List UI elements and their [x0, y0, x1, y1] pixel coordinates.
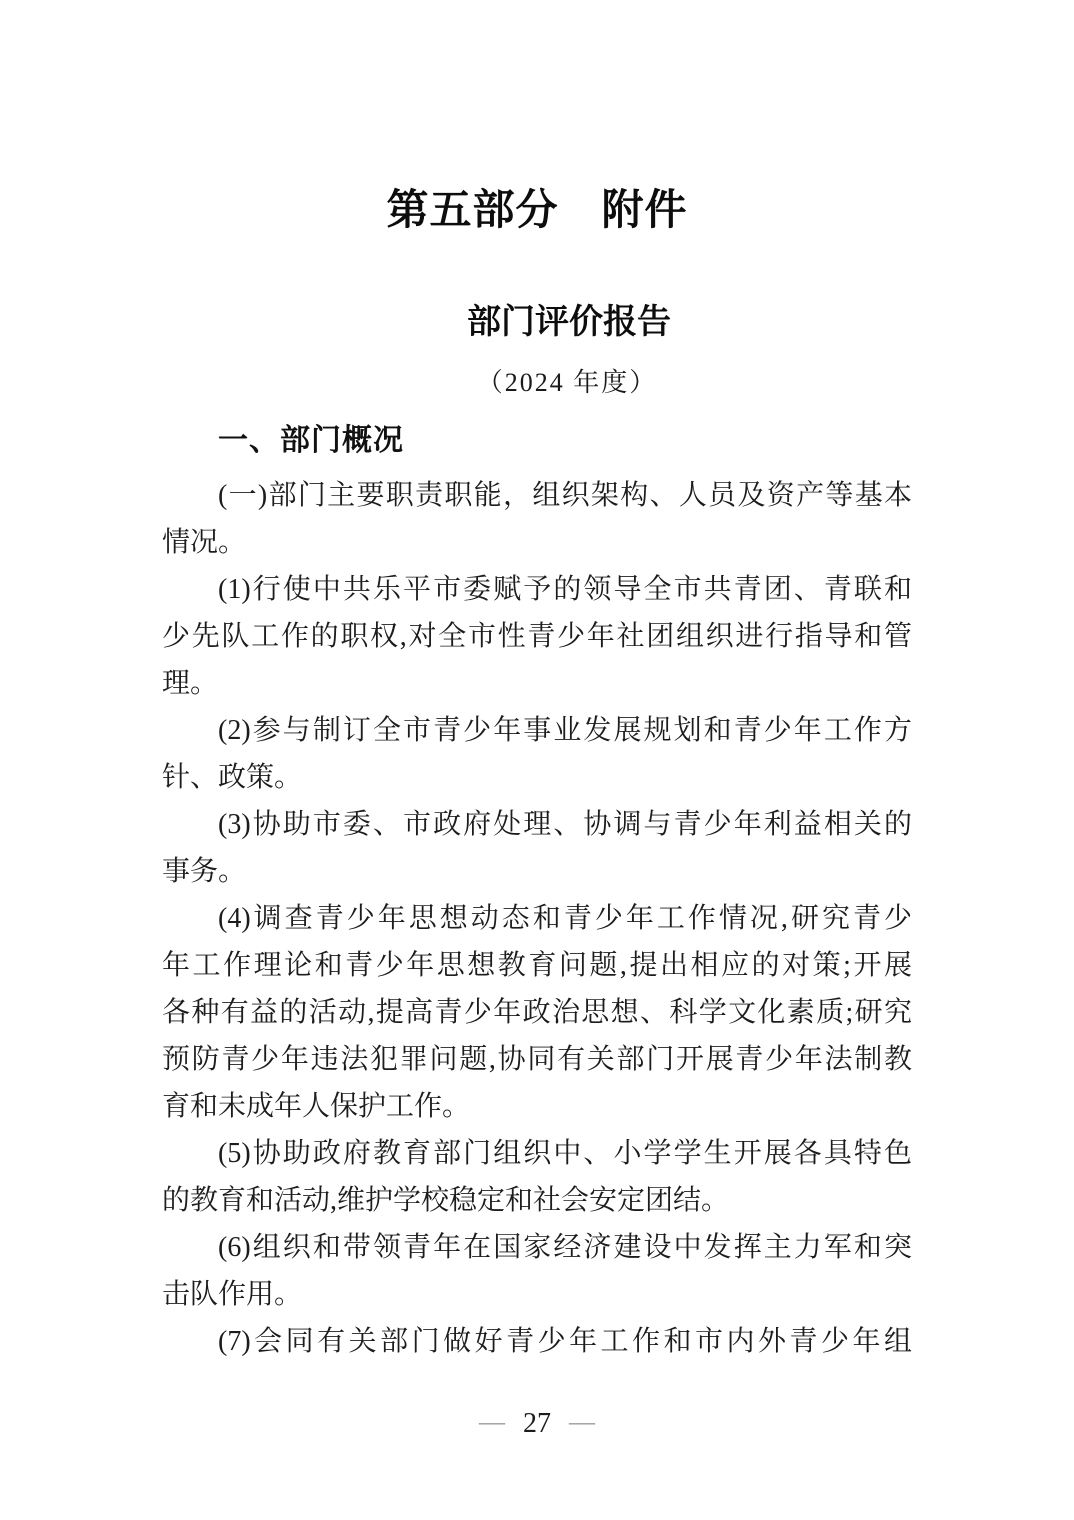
- body-line: 击队作用。: [162, 1271, 912, 1318]
- body-line: 年工作理论和青少年思想教育问题,提出相应的对策;开展: [162, 942, 912, 989]
- body-line: (一)部门主要职责职能，组织架构、人员及资产等基本: [162, 472, 912, 519]
- body-line: 事务。: [162, 848, 912, 895]
- body-line: (7)会同有关部门做好青少年工作和市内外青少年组: [162, 1318, 912, 1365]
- body-line: (4)调查青少年思想动态和青少年工作情况,研究青少: [162, 895, 912, 942]
- body-line: 预防青少年违法犯罪问题,协同有关部门开展青少年法制教: [162, 1036, 912, 1083]
- body-line: 情况。: [162, 519, 912, 566]
- body-line: 针、政策。: [162, 754, 912, 801]
- body-line: (3)协助市委、市政府处理、协调与青少年利益相关的: [162, 801, 912, 848]
- body-text: (一)部门主要职责职能，组织架构、人员及资产等基本 情况。 (1)行使中共乐平市…: [162, 472, 912, 1365]
- body-line: (1)行使中共乐平市委赋予的领导全市共青团、青联和: [162, 566, 912, 613]
- body-line: 的教育和活动,维护学校稳定和社会安定团结。: [162, 1177, 912, 1224]
- page-number-dash-right: —: [569, 1407, 595, 1436]
- part-title: 第五部分 附件: [162, 186, 912, 236]
- body-line: (2)参与制订全市青少年事业发展规划和青少年工作方: [162, 707, 912, 754]
- document-content: 第五部分 附件 部门评价报告 （2024 年度） 一、部门概况 (一)部门主要职…: [0, 186, 1074, 1365]
- body-line: (6)组织和带领青年在国家经济建设中发挥主力军和突: [162, 1224, 912, 1271]
- body-line: 各种有益的活动,提高青少年政治思想、科学文化素质;研究: [162, 989, 912, 1036]
- body-line: 育和未成年人保护工作。: [162, 1083, 912, 1130]
- report-title: 部门评价报告: [194, 304, 944, 342]
- body-line: 少先队工作的职权,对全市性青少年社团组织进行指导和管: [162, 613, 912, 660]
- page-number: 27: [523, 1408, 551, 1439]
- body-line: (5)协助政府教育部门组织中、小学学生开展各具特色: [162, 1130, 912, 1177]
- page-footer: —27—: [0, 1408, 1074, 1440]
- body-line: 理。: [162, 660, 912, 707]
- document-page: 第五部分 附件 部门评价报告 （2024 年度） 一、部门概况 (一)部门主要职…: [0, 0, 1074, 1520]
- section-heading: 一、部门概况: [162, 424, 912, 458]
- year-label: （2024 年度）: [192, 368, 942, 398]
- page-number-dash-left: —: [479, 1407, 505, 1436]
